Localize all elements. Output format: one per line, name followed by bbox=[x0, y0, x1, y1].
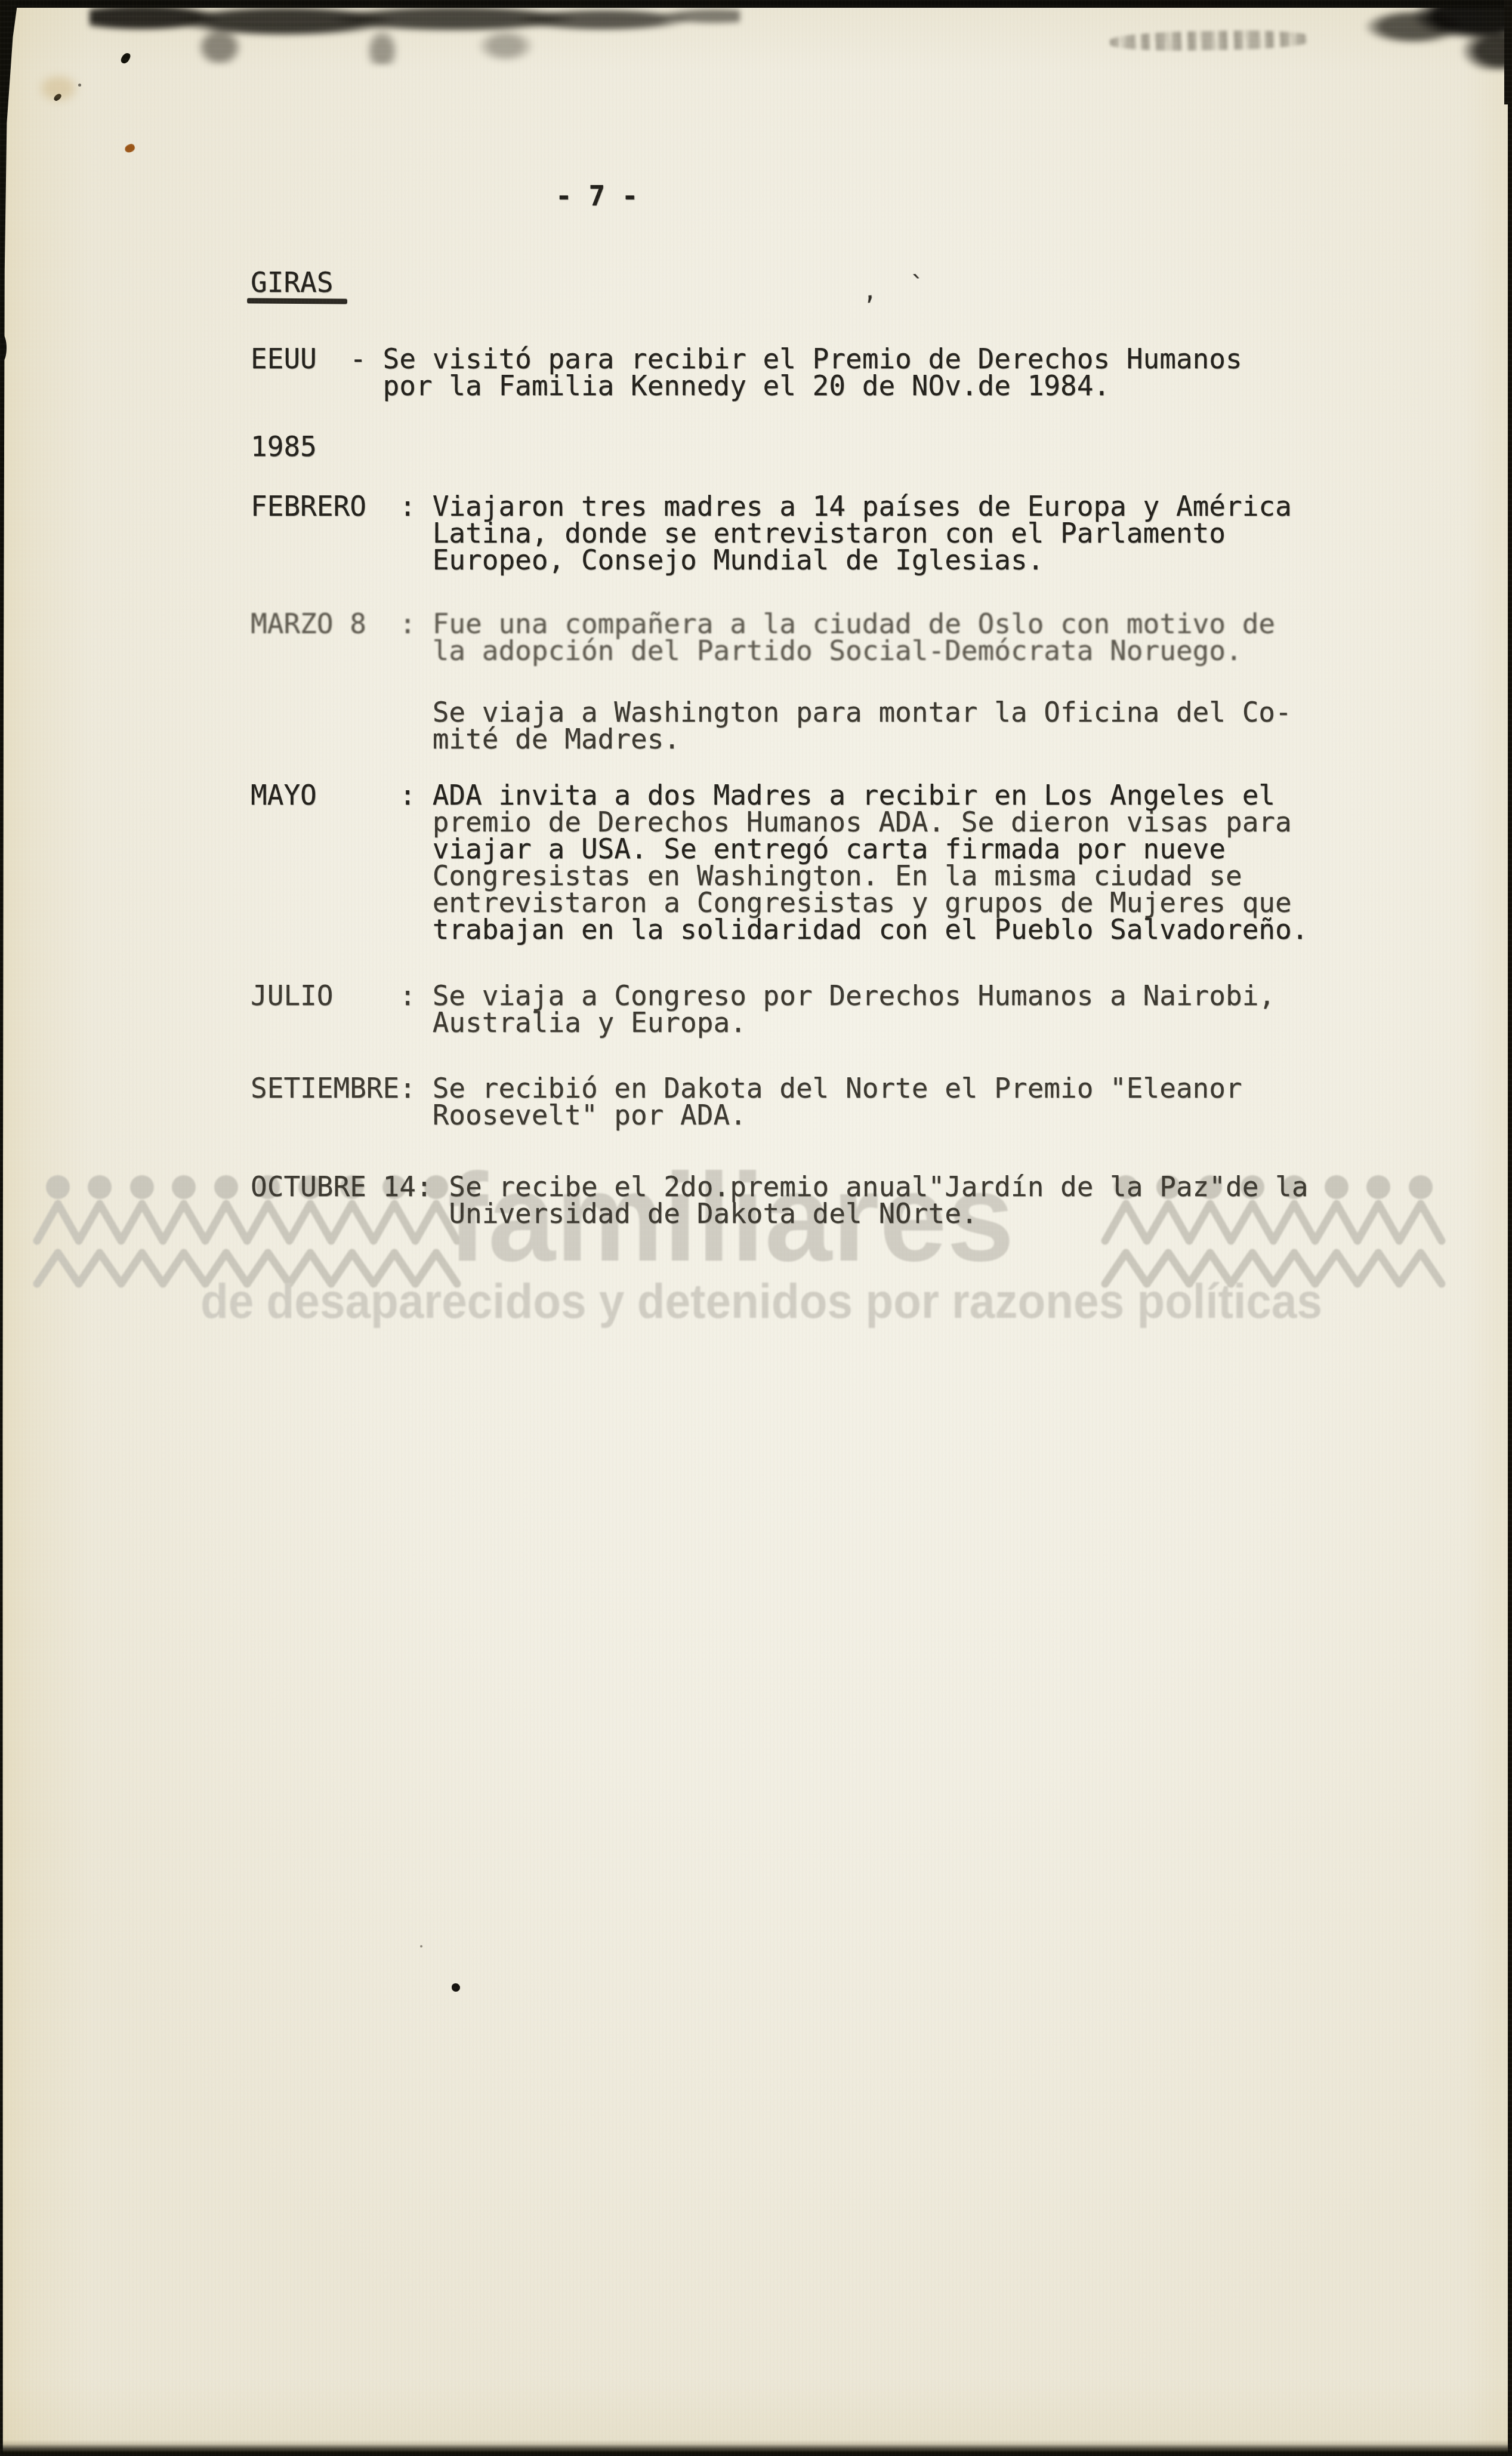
toner-smudge-top bbox=[90, 2, 740, 64]
entry-julio: JULIO : Se viaja a Congreso por Derechos… bbox=[251, 982, 1275, 1036]
entry-marzo: MARZO 8 : Fue una compañera a la ciudad … bbox=[251, 611, 1275, 664]
entry-line: la adopción del Partido Social-Demócrata… bbox=[251, 637, 1275, 664]
entry-line: Congresistas en Washington. En la misma … bbox=[251, 862, 1308, 889]
entry-line: MARZO 8 : Fue una compañera a la ciudad … bbox=[251, 611, 1275, 637]
title-text: GIRAS bbox=[251, 269, 333, 296]
entry-line: Europeo, Consejo Mundial de Iglesias. bbox=[251, 547, 1292, 574]
entry-febrero: FEBRERO : Viajaron tres madres a 14 país… bbox=[251, 493, 1292, 574]
toner-smudge-corner bbox=[1360, 0, 1512, 70]
scan-edge-right bbox=[1508, 0, 1512, 2456]
entry-line: Se viaja a Washington para montar la Ofi… bbox=[251, 699, 1292, 726]
watermark-tagline: de desaparecidos y detenidos por razones… bbox=[200, 1274, 1322, 1329]
entry-line: Roosevelt" por ADA. bbox=[251, 1102, 1242, 1129]
entry-line: por la Familia Kennedy el 20 de NOv.de 1… bbox=[251, 372, 1242, 399]
entry-line: Latina, donde se entrevistaron con el Pa… bbox=[251, 520, 1292, 547]
scan-edge-top bbox=[0, 0, 1512, 8]
entry-setiembre: SETIEMBRE: Se recibió en Dakota del Nort… bbox=[251, 1075, 1242, 1129]
entry-line: viajar a USA. Se entregó carta firmada p… bbox=[251, 836, 1308, 862]
entry-line: entrevistaron a Congresistas y grupos de… bbox=[251, 889, 1308, 916]
stray-type-marks: , ` bbox=[860, 272, 936, 304]
entry-line: MAYO : ADA invita a dos Madres a recibir… bbox=[251, 782, 1308, 809]
entry-marzo-washington: Se viaja a Washington para montar la Ofi… bbox=[251, 699, 1292, 753]
ink-dot bbox=[452, 1983, 460, 1992]
entry-octubre: OCTUBRE 14: Se recibe el 2do.premio anua… bbox=[251, 1173, 1308, 1227]
scanned-document-page: familiares de desaparecidos y detenidos … bbox=[0, 0, 1512, 2456]
entry-eeuu: EEUU - Se visitó para recibir el Premio … bbox=[251, 346, 1242, 399]
scan-edge-bottom bbox=[0, 2440, 1512, 2456]
page-number: - 7 - bbox=[556, 183, 638, 209]
entry-line: SETIEMBRE: Se recibió en Dakota del Nort… bbox=[251, 1075, 1242, 1102]
entry-line: trabajan en la solidaridad con el Pueblo… bbox=[251, 916, 1308, 943]
year-heading: 1985 bbox=[251, 433, 317, 460]
title-underline bbox=[247, 298, 347, 304]
entry-line: premio de Derechos Humanos ADA. Se diero… bbox=[251, 809, 1308, 836]
entry-line: Universidad de Dakota del NOrte. bbox=[251, 1200, 1308, 1227]
entry-line: OCTUBRE 14: Se recibe el 2do.premio anua… bbox=[251, 1173, 1308, 1200]
section-title: GIRAS bbox=[251, 269, 333, 296]
entry-line: Australia y Europa. bbox=[251, 1009, 1275, 1036]
entry-line: EEUU - Se visitó para recibir el Premio … bbox=[251, 346, 1242, 372]
entry-mayo: MAYO : ADA invita a dos Madres a recibir… bbox=[251, 782, 1308, 943]
entry-line: FEBRERO : Viajaron tres madres a 14 país… bbox=[251, 493, 1292, 520]
year-text: 1985 bbox=[251, 433, 317, 460]
entry-line: JULIO : Se viaja a Congreso por Derechos… bbox=[251, 982, 1275, 1009]
ink-speck bbox=[420, 1945, 422, 1947]
entry-line: mité de Madres. bbox=[251, 726, 1292, 753]
scan-edge-right-top bbox=[1504, 0, 1512, 104]
paper-stain bbox=[29, 64, 88, 112]
